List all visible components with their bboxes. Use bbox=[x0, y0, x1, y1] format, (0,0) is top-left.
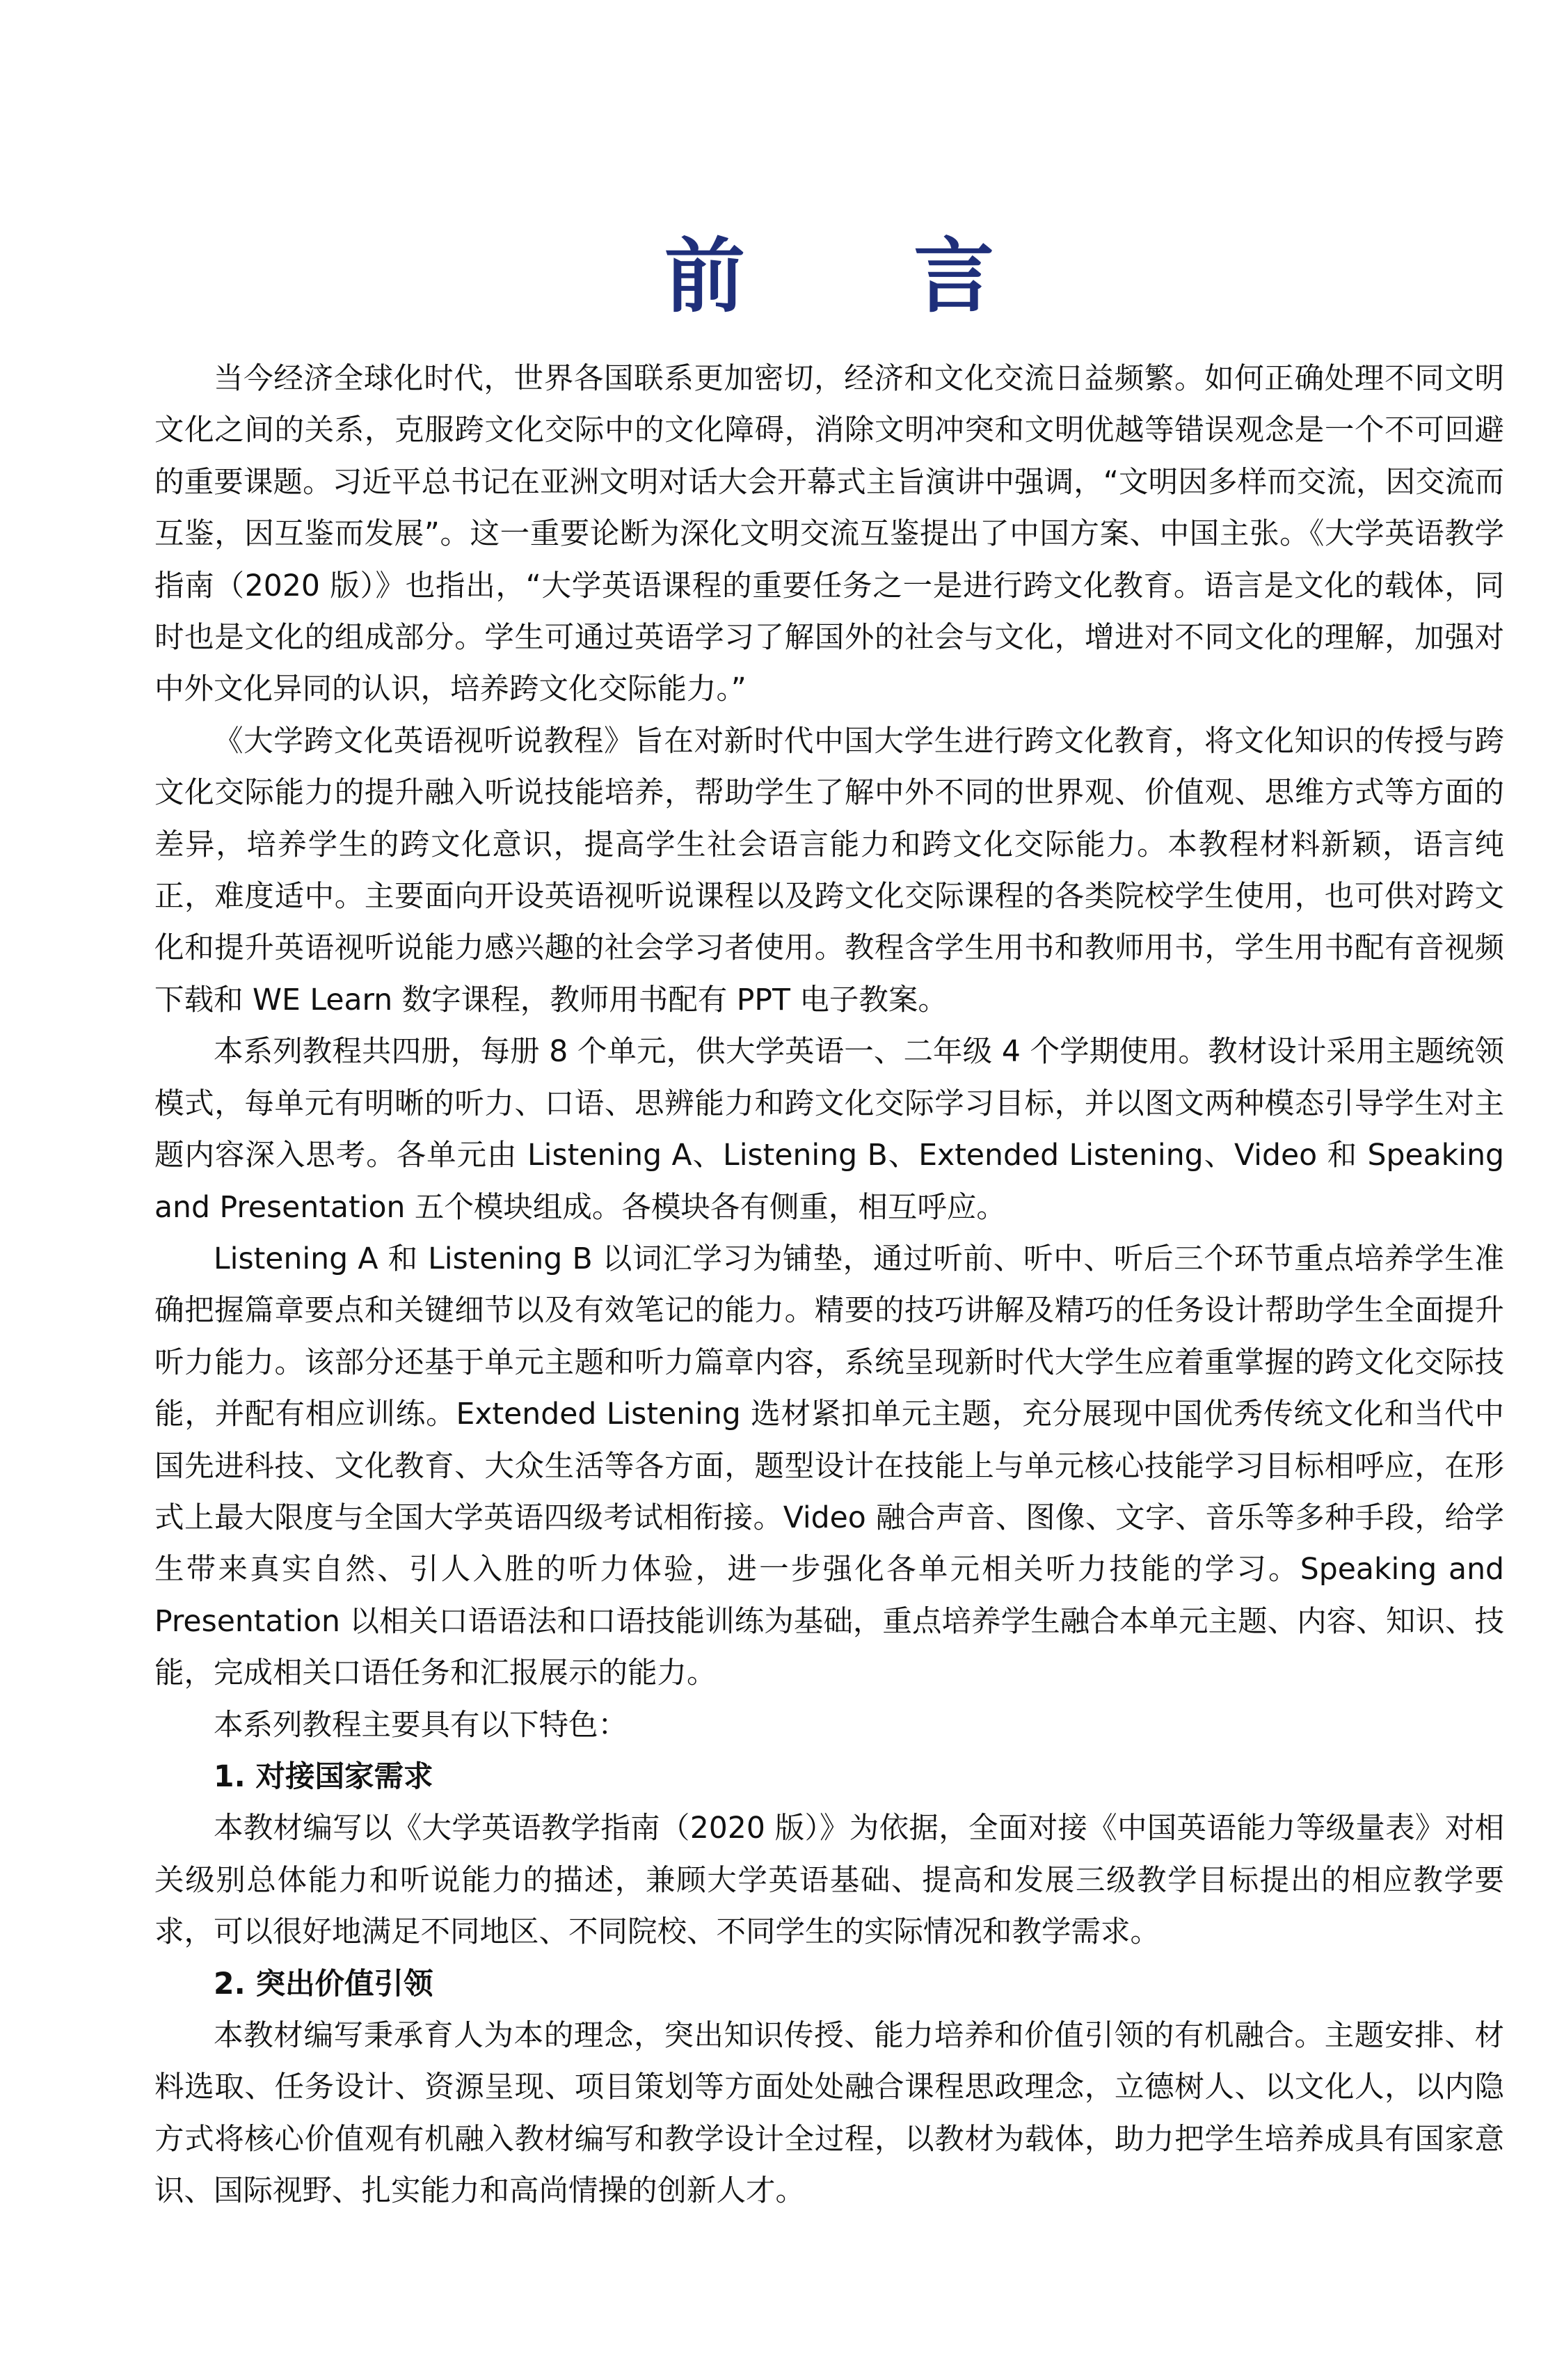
paragraph-feature-2: 本教材编写秉承育人为本的理念，突出知识传授、能力培养和价值引领的有机融合。主题安… bbox=[154, 2010, 1504, 2218]
paragraph-modules: Listening A 和 Listening B 以词汇学习为铺垫，通过听前、… bbox=[154, 1234, 1504, 1700]
paragraph-intro: 当今经济全球化时代，世界各国联系更加密切，经济和文化交流日益频繁。如何正确处理不… bbox=[154, 354, 1504, 716]
preface-body: 当今经济全球化时代，世界各国联系更加密切，经济和文化交流日益频繁。如何正确处理不… bbox=[154, 354, 1504, 2218]
page-title: 前 言 bbox=[154, 232, 1504, 322]
paragraph-feature-1: 本教材编写以《大学英语教学指南（2020 版）》为依据，全面对接《中国英语能力等… bbox=[154, 1803, 1504, 1958]
paragraph-course-aim: 《大学跨文化英语视听说教程》旨在对新时代中国大学生进行跨文化教育，将文化知识的传… bbox=[154, 716, 1504, 1026]
paragraph-series-structure: 本系列教程共四册，每册 8 个单元，供大学英语一、二年级 4 个学期使用。教材设… bbox=[154, 1026, 1504, 1234]
section-heading-1: 1. 对接国家需求 bbox=[154, 1752, 1504, 1803]
section-heading-2: 2. 突出价值引领 bbox=[154, 1959, 1504, 2010]
paragraph-features-intro: 本系列教程主要具有以下特色： bbox=[154, 1700, 1504, 1752]
